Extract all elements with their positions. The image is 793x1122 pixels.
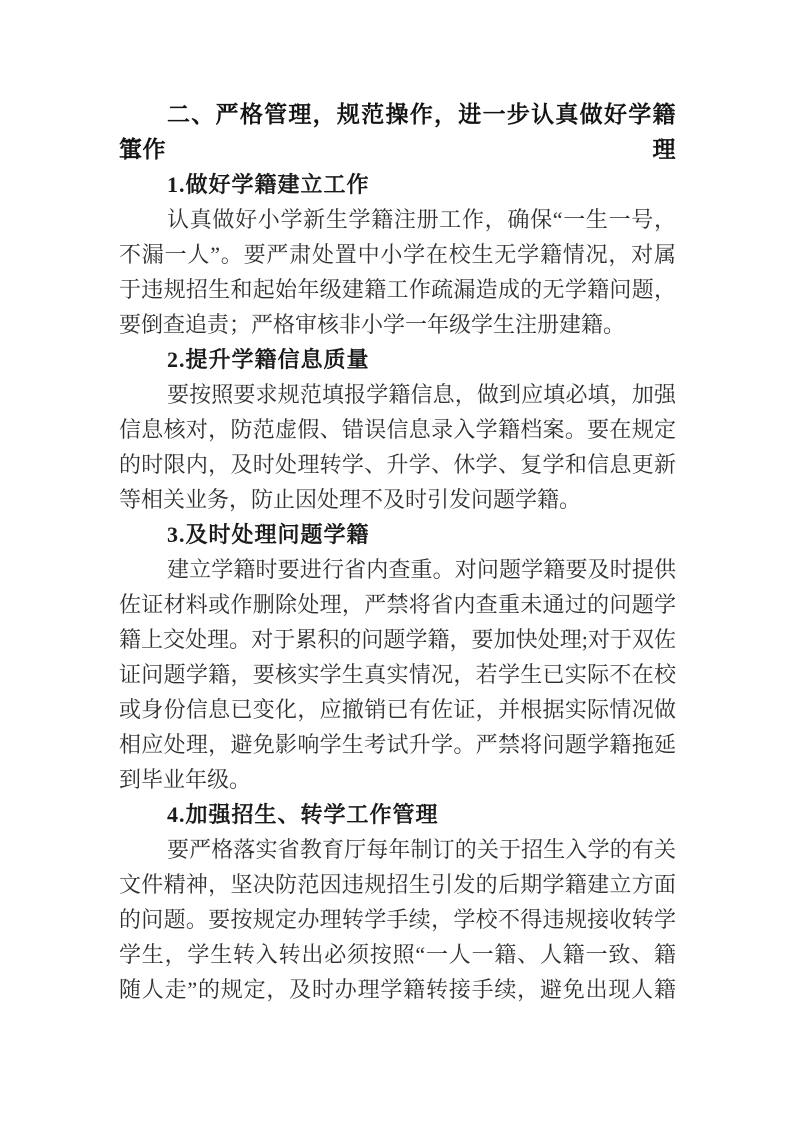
- main-heading-line: 二、严格管理，规范操作，进一步认真做好学籍管理: [119, 97, 676, 132]
- body-line: 要严格落实省教育厅每年制订的关于招生入学的有关: [119, 832, 676, 867]
- body-line: 的问题。要按规定办理转学手续，学校不得违规接收转学: [119, 902, 676, 937]
- document-body: 二、严格管理，规范操作，进一步认真做好学籍管理工作1.做好学籍建立工作认真做好小…: [119, 97, 676, 1007]
- subheading: 4.加强招生、转学工作管理: [119, 797, 676, 832]
- body-line: 随人走”的规定，及时办理学籍转接手续，避免出现人籍: [119, 972, 676, 1007]
- body-line: 建立学籍时要进行省内查重。对问题学籍要及时提供: [119, 552, 676, 587]
- body-line: 籍上交处理。对于累积的问题学籍，要加快处理;对于双佐: [119, 622, 676, 657]
- body-line: 信息核对，防范虚假、错误信息录入学籍档案。要在规定: [119, 412, 676, 447]
- body-line: 或身份信息已变化，应撤销已有佐证，并根据实际情况做: [119, 692, 676, 727]
- body-line: 于违规招生和起始年级建籍工作疏漏造成的无学籍问题，: [119, 272, 676, 307]
- body-line: 不漏一人”。要严肃处置中小学在校生无学籍情况，对属: [119, 237, 676, 272]
- subheading: 3.及时处理问题学籍: [119, 517, 676, 552]
- body-line: 要按照要求规范填报学籍信息，做到应填必填，加强: [119, 377, 676, 412]
- body-line: 到毕业年级。: [119, 762, 676, 797]
- body-line: 要倒查追责；严格审核非小学一年级学生注册建籍。: [119, 307, 676, 342]
- body-line: 文件精神，坚决防范因违规招生引发的后期学籍建立方面: [119, 867, 676, 902]
- body-line: 学生，学生转入转出必须按照“一人一籍、人籍一致、籍: [119, 937, 676, 972]
- document-page: { "page": { "background": "#ffffff", "bo…: [0, 0, 793, 1122]
- page: 二、严格管理，规范操作，进一步认真做好学籍管理工作1.做好学籍建立工作认真做好小…: [0, 0, 793, 1122]
- body-line: 认真做好小学新生学籍注册工作，确保“一生一号，: [119, 202, 676, 237]
- body-line: 证问题学籍，要核实学生真实情况，若学生已实际不在校: [119, 657, 676, 692]
- body-line: 等相关业务，防止因处理不及时引发问题学籍。: [119, 482, 676, 517]
- subheading: 1.做好学籍建立工作: [119, 167, 676, 202]
- body-line: 佐证材料或作删除处理，严禁将省内查重未通过的问题学: [119, 587, 676, 622]
- body-line: 的时限内，及时处理转学、升学、休学、复学和信息更新: [119, 447, 676, 482]
- body-line: 相应处理，避免影响学生考试升学。严禁将问题学籍拖延: [119, 727, 676, 762]
- subheading: 2.提升学籍信息质量: [119, 342, 676, 377]
